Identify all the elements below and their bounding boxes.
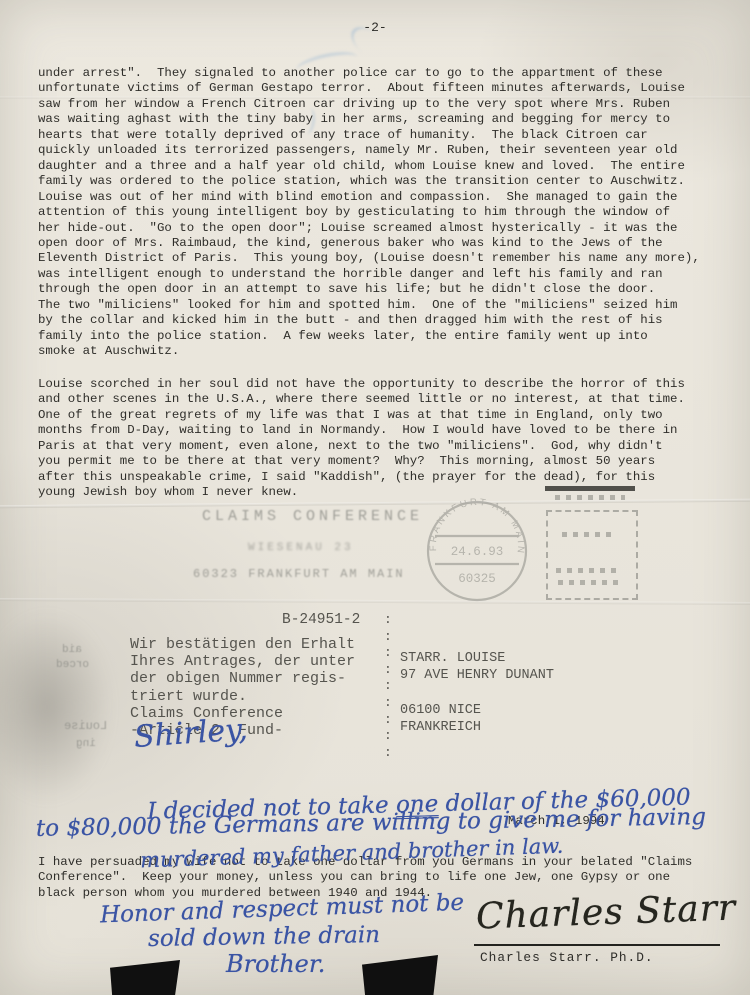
text-line: through the open door in an attempt to s… — [38, 282, 700, 297]
scan-mark — [110, 960, 180, 995]
text-line: Louise was out of her mind with blind em… — [38, 190, 700, 205]
paragraph-1: under arrest". They signaled to another … — [38, 66, 700, 360]
text-line: unfortunate victims of German Gestapo te… — [38, 81, 700, 96]
scan-smudge — [0, 612, 112, 802]
text-line: attention of this young intelligent boy … — [38, 205, 700, 220]
meter-stamp-text-fragment — [555, 495, 625, 500]
letterhead-city: 60323 FRANKFURT AM MAIN — [193, 567, 405, 581]
meter-stamp-box — [546, 510, 638, 600]
letter-scan-page: aid orced Louise ing -2- under arrest". … — [0, 0, 750, 995]
text-line: Paris at that very moment, even alone, n… — [38, 439, 685, 454]
text-line: you permit me to be there at that very m… — [38, 454, 685, 469]
text-line: triert wurde. — [130, 688, 355, 705]
text-line: One of the great regrets of my life was … — [38, 408, 685, 423]
text-line: quickly unloaded its terrorized passenge… — [38, 143, 700, 158]
text-line: saw from her window a French Citroen car… — [38, 97, 700, 112]
postmark-stamp: FRANKFURT AM MAIN 24.6.93 60325 — [423, 497, 531, 605]
text-line: FRANKREICH — [400, 719, 554, 736]
scan-mark — [362, 955, 438, 995]
signature-typed-name: Charles Starr. Ph.D. — [480, 950, 654, 965]
text-line: Conference". Keep your money, unless you… — [38, 870, 692, 885]
text-line: after this unspeakable crime, I said "Ka… — [38, 470, 685, 485]
text-line: : — [384, 629, 392, 646]
text-line: was intelligent enough to understand the… — [38, 267, 700, 282]
meter-stamp-text-fragment — [558, 580, 620, 585]
text-line: der obigen Nummer regis- — [130, 670, 355, 687]
handwritten-closing-line-3: Brother. — [226, 950, 325, 978]
paragraph-2: Louise scorched in her soul did not have… — [38, 377, 685, 501]
letterhead-org-name: CLAIMS CONFERENCE — [202, 508, 423, 525]
bleedthrough-word: ing — [76, 738, 96, 750]
text-line: : — [384, 745, 392, 762]
text-line: her hide-out. "Go to the open door"; Lou… — [38, 221, 700, 236]
text-line: Ihres Antrages, der unter — [130, 653, 355, 670]
text-line: by the collar and kicked him in the butt… — [38, 313, 700, 328]
text-line: smoke at Auschwitz. — [38, 344, 700, 359]
text-line: : — [384, 678, 392, 695]
page-number: -2- — [0, 20, 750, 35]
text-line: family was ordered to the police station… — [38, 174, 700, 189]
text-line: : — [384, 712, 392, 729]
text-line: months from D-Day, waiting to land in No… — [38, 423, 685, 438]
text-line — [400, 684, 554, 701]
text-line: under arrest". They signaled to another … — [38, 66, 700, 81]
postmark-date: 24.6.93 — [451, 545, 504, 559]
text-line: Louise scorched in her soul did not have… — [38, 377, 685, 392]
handwritten-closing-line-2: sold down the drain — [148, 922, 380, 952]
meter-stamp-text-fragment — [562, 532, 614, 537]
text-line: : — [384, 662, 392, 679]
bleedthrough-word: aid — [62, 644, 82, 656]
text-line: family into the police station. A few we… — [38, 329, 700, 344]
text-line: Eleventh District of Paris. This young b… — [38, 251, 700, 266]
text-line: : — [384, 612, 392, 629]
meter-stamp-bar — [545, 486, 635, 491]
signature-underline — [474, 944, 720, 946]
text-line: and other scenes in the U.S.A., where th… — [38, 392, 685, 407]
text-line: STARR. LOUISE — [400, 650, 554, 667]
text-line: Wir bestätigen den Erhalt — [130, 636, 355, 653]
text-line: 06100 NICE — [400, 702, 554, 719]
handwritten-salutation: Shirley, — [133, 712, 249, 755]
text-line: : — [384, 695, 392, 712]
text-line: daughter and a three and a half year old… — [38, 159, 700, 174]
text-line: : — [384, 728, 392, 745]
bleedthrough-word: Louise — [64, 719, 107, 733]
recipient-address: STARR. LOUISE97 AVE HENRY DUNANT 06100 N… — [400, 650, 554, 736]
text-line: open door of Mrs. Raimbaud, the kind, ge… — [38, 236, 700, 251]
signature-script: Charles Starr — [475, 887, 736, 937]
text-line: 97 AVE HENRY DUNANT — [400, 667, 554, 684]
bleedthrough-word: orced — [56, 659, 89, 671]
text-line: hearts that were totally deprived of any… — [38, 128, 700, 143]
letterhead-street: WIESENAU 23 — [248, 542, 354, 554]
meter-stamp-text-fragment — [556, 568, 622, 573]
text-line: The two "miliciens" looked for him and s… — [38, 298, 700, 313]
postmark-code: 60325 — [458, 572, 496, 586]
text-line: was waiting aghast with the tiny baby in… — [38, 112, 700, 127]
separator-colon-column: ::::::::: — [384, 612, 392, 761]
reference-number: B-24951-2 — [282, 612, 360, 628]
text-line: : — [384, 645, 392, 662]
